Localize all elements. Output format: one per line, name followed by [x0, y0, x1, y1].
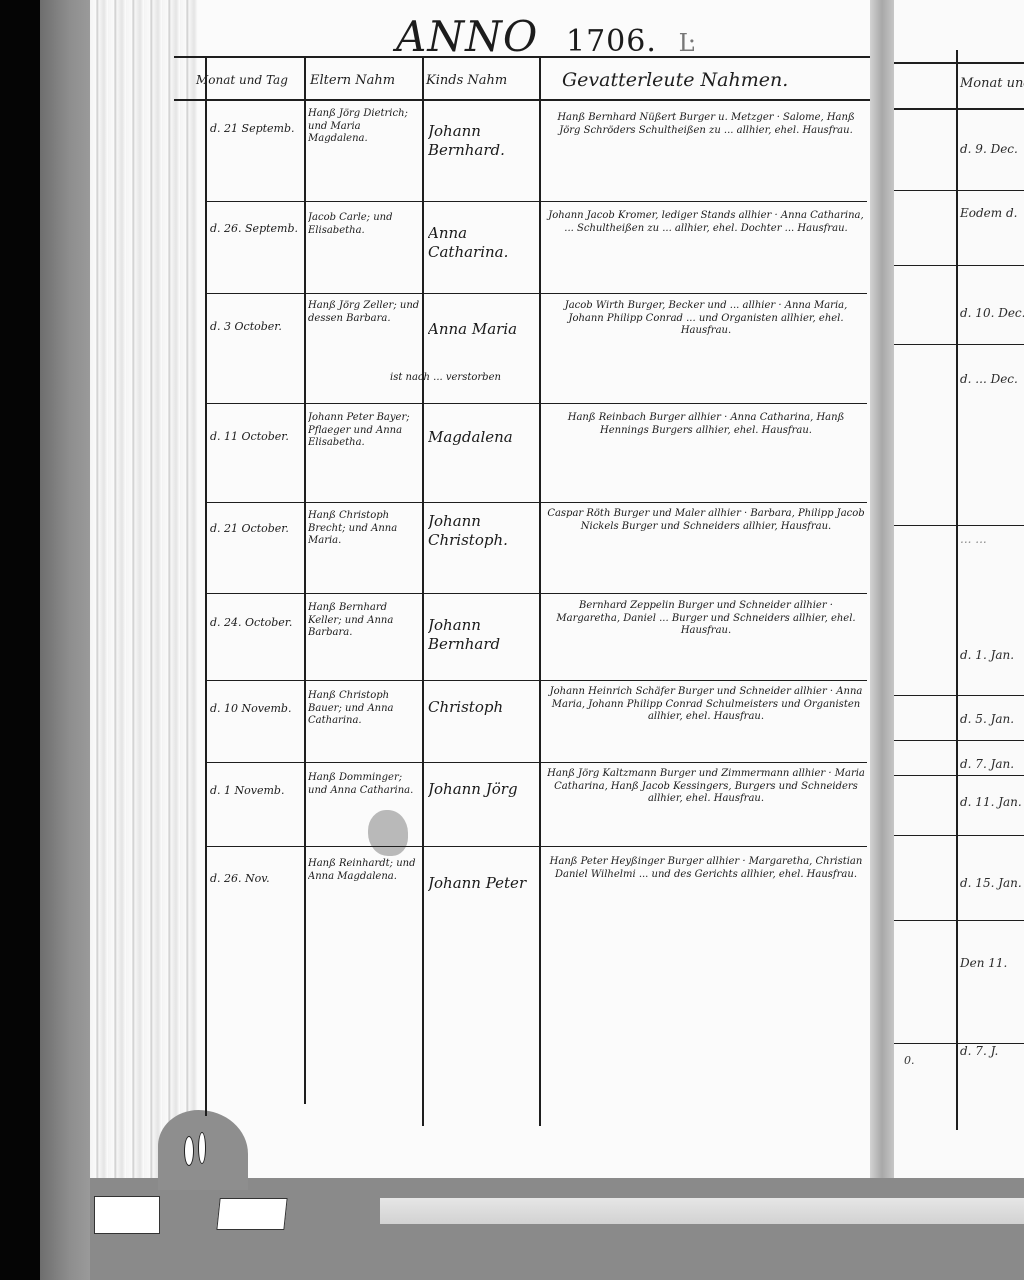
entry-child: Johann Christoph. [428, 512, 538, 550]
entry-sponsors: Hanß Peter Heyßinger Burger allhier · Ma… [546, 856, 866, 881]
column-header-sponsors: Gevatterleute Nahmen. [562, 62, 862, 98]
entry-sponsors: Bernhard Zeppelin Burger und Schneider a… [546, 600, 866, 638]
row-rule [894, 344, 1024, 345]
entry-parents: Hanß Domminger; und Anna Catharina. [308, 772, 420, 797]
entry-parents: Jacob Carle; und Elisabetha. [308, 212, 420, 237]
entry-date: d. 1 Novemb. [210, 784, 302, 798]
entry-child: Johann Peter [428, 874, 538, 893]
row-rule [894, 525, 1024, 526]
book-binding [90, 0, 199, 1180]
right-entry-date: d. 7. Jan. [960, 757, 1014, 771]
entry-sponsors: Hanß Bernhard Nüßert Burger u. Metzger ·… [546, 112, 866, 137]
entry-sponsors: Johann Jacob Kromer, lediger Stands allh… [546, 210, 866, 235]
entry-parents: Hanß Christoph Brecht; und Anna Maria. [308, 510, 420, 548]
right-entry-date: d. 10. Dec. [960, 306, 1024, 320]
entry-date: d. 10 Novemb. [210, 702, 302, 716]
column-header-parents: Eltern Nahm [310, 62, 422, 98]
entry-sponsors: Caspar Röth Burger und Maler allhier · B… [546, 508, 866, 533]
ink-stain [368, 810, 408, 856]
right-table-top-rule [894, 62, 1024, 64]
entry-child: Anna Maria [428, 320, 538, 339]
right-page [894, 0, 1024, 1180]
right-margin-note: 0. [904, 1054, 915, 1067]
entry-date: d. 21 October. [210, 522, 302, 536]
row-rule [894, 1043, 1024, 1044]
column-rule [304, 56, 306, 1104]
scanner-edge [0, 0, 40, 1280]
row-rule [205, 502, 867, 503]
right-entry-date: ... ... [960, 532, 987, 546]
entry-parents: Hanß Reinhardt; und Anna Magdalena. [308, 858, 420, 883]
entry-sponsors: Hanß Reinbach Burger allhier · Anna Cath… [546, 412, 866, 437]
row-rule [205, 293, 867, 294]
row-rule [205, 201, 867, 202]
row-rule [894, 920, 1024, 921]
paper-tab [216, 1198, 287, 1230]
right-header-rule [894, 108, 1024, 110]
scan-background [40, 0, 90, 1280]
entry-date: d. 21 Septemb. [210, 122, 302, 136]
page-title: ANNO 1706. Ŀ [396, 12, 696, 61]
row-rule [205, 762, 867, 763]
entry-date: d. 26. Septemb. [210, 222, 302, 236]
table-top-rule [174, 56, 870, 58]
row-rule [894, 265, 1024, 266]
entry-sponsors: Johann Heinrich Schäfer Burger und Schne… [546, 686, 866, 724]
entry-child: Johann Bernhard. [428, 122, 538, 160]
right-entry-date: d. ... Dec. [960, 372, 1018, 386]
column-header-child: Kinds Nahm [426, 62, 538, 98]
right-entry-date: d. 1. Jan. [960, 648, 1014, 662]
column-rule [539, 56, 541, 1126]
title-word: ANNO [396, 12, 538, 61]
right-entry-date: d. 7. J. [960, 1044, 998, 1058]
right-column-header-date: Monat und Tag [960, 76, 1024, 91]
row-rule [894, 835, 1024, 836]
entry-date: d. 26. Nov. [210, 872, 302, 886]
entry-child: Magdalena [428, 428, 538, 447]
entry-parents: Hanß Jörg Dietrich; und Maria Magdalena. [308, 108, 420, 146]
row-rule [894, 740, 1024, 741]
page-hole [198, 1132, 206, 1164]
right-entry-date: d. 15. Jan. [960, 876, 1022, 890]
column-rule [422, 56, 424, 1126]
header-bottom-rule [174, 99, 870, 101]
right-entry-date: Den 11. [960, 956, 1007, 970]
entry-child: Johann Jörg [428, 780, 538, 799]
column-header-date: Monat und Tag [196, 62, 306, 98]
row-rule [894, 775, 1024, 776]
title-year: 1706. [566, 24, 657, 59]
corner-mark: Ŀ [679, 29, 696, 57]
entry-note: ist nach ... verstorben [390, 372, 660, 385]
entry-sponsors: Jacob Wirth Burger, Becker und ... allhi… [546, 300, 866, 338]
row-rule [894, 190, 1024, 191]
page-hole [184, 1136, 194, 1166]
entry-child: Johann Bernhard [428, 616, 538, 654]
page-bottom-edge [380, 1198, 1024, 1224]
left-page [198, 0, 870, 1178]
entry-parents: Hanß Bernhard Keller; und Anna Barbara. [308, 602, 420, 640]
row-rule [894, 695, 1024, 696]
right-entry-date: Eodem d. [960, 206, 1017, 220]
row-rule [205, 680, 867, 681]
page-gutter [870, 0, 894, 1180]
entry-child: Anna Catharina. [428, 224, 538, 262]
right-entry-date: d. 11. Jan. [960, 795, 1022, 809]
column-rule [205, 56, 207, 1116]
right-entry-date: d. 9. Dec. [960, 142, 1018, 156]
entry-child: Christoph [428, 698, 538, 717]
entry-sponsors: Hanß Jörg Kaltzmann Burger und Zimmerman… [546, 768, 866, 806]
right-column-rule [956, 50, 958, 1130]
right-entry-date: d. 5. Jan. [960, 712, 1014, 726]
entry-parents: Johann Peter Bayer; Pflaeger und Anna El… [308, 412, 420, 450]
paper-tab [94, 1196, 160, 1234]
row-rule [205, 403, 867, 404]
entry-date: d. 3 October. [210, 320, 302, 334]
entry-parents: Hanß Christoph Bauer; und Anna Catharina… [308, 690, 420, 728]
entry-date: d. 24. October. [210, 616, 302, 630]
row-rule [205, 846, 867, 847]
entry-date: d. 11 October. [210, 430, 302, 444]
entry-parents: Hanß Jörg Zeller; und dessen Barbara. [308, 300, 420, 325]
row-rule [205, 593, 867, 594]
